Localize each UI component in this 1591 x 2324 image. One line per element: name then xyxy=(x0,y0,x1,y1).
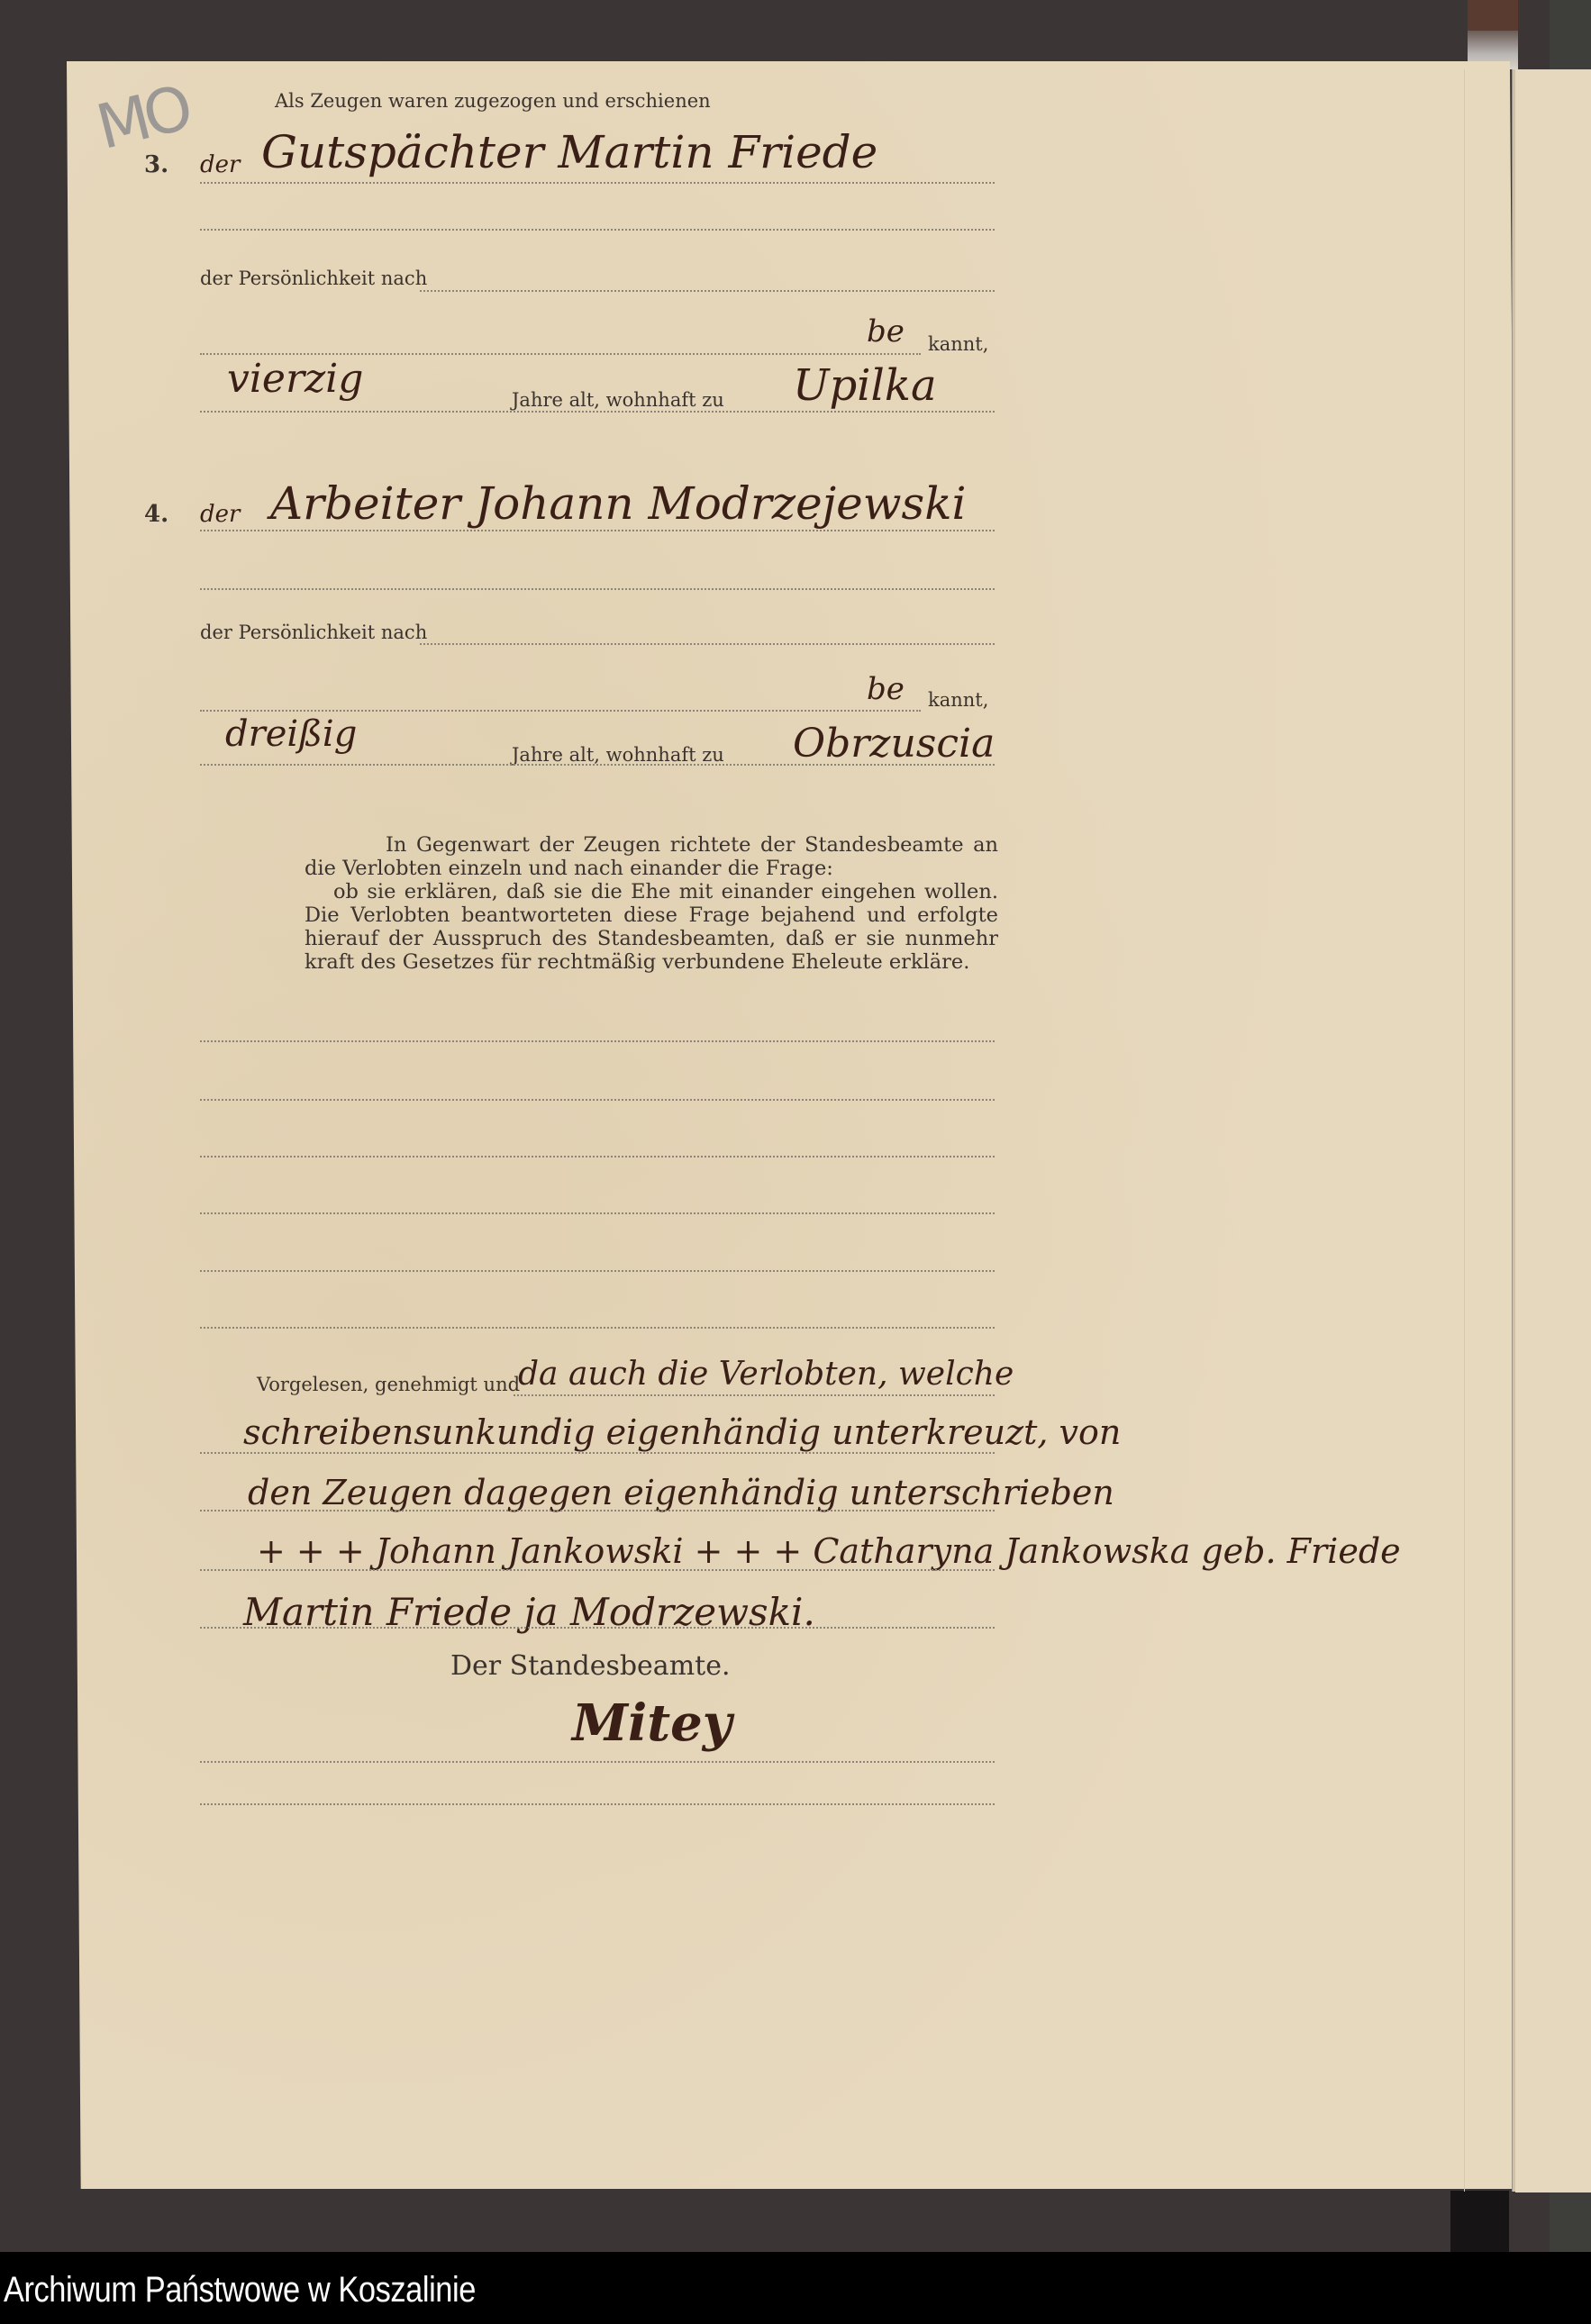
known-label: kannt, xyxy=(928,333,988,355)
binding-fold xyxy=(1512,69,1515,2192)
page-crease xyxy=(1464,69,1465,2192)
closing-label: Vorgelesen, genehmigt und xyxy=(257,1374,520,1395)
witness-name: Gutspächter Martin Friede xyxy=(261,126,877,178)
residence-handwritten: Obrzuscia xyxy=(793,721,995,767)
dotted-line xyxy=(200,353,921,355)
witness-number: 3. xyxy=(144,151,168,178)
age-handwritten: dreißig xyxy=(225,713,357,755)
dotted-line xyxy=(514,1394,995,1396)
declaration-line: kraft des Gesetzes für rechtmäßig verbun… xyxy=(305,950,998,974)
declaration-line: hierauf der Ausspruch des Standesbeamten… xyxy=(305,927,998,950)
dotted-line xyxy=(200,1627,995,1629)
declaration-line: ob sie erklären, daß sie die Ehe mit ein… xyxy=(305,880,998,903)
official-label: Der Standesbeamte. xyxy=(450,1650,731,1682)
next-page-edge xyxy=(1515,69,1591,2192)
dotted-line xyxy=(200,764,995,766)
dotted-line xyxy=(200,1761,995,1763)
dotted-line xyxy=(200,1212,995,1214)
witness-name: Arbeiter Johann Modrzejewski xyxy=(270,477,967,530)
witness-prefix: der xyxy=(200,151,240,178)
dotted-line xyxy=(200,1569,995,1571)
dotted-line xyxy=(200,1452,995,1454)
declaration-paragraph: In Gegenwart der Zeugen richtete der Sta… xyxy=(305,833,998,974)
declaration-line: Die Verlobten beantworteten diese Frage … xyxy=(305,903,998,927)
dotted-line xyxy=(200,588,995,590)
dotted-line xyxy=(200,182,995,184)
archive-name: Archiwum Państwowe w Koszalinie xyxy=(4,2270,476,2310)
age-handwritten: vierzig xyxy=(227,356,363,402)
residence-handwritten: Upilka xyxy=(793,360,937,411)
closing-handwritten-line: schreibensunkundig eigenhändig unterkreu… xyxy=(243,1412,1121,1452)
dotted-line xyxy=(200,1510,995,1512)
witness-prefix: der xyxy=(200,501,240,528)
known-handwritten: be xyxy=(867,313,905,350)
identity-label: der Persönlichkeit nach xyxy=(200,622,427,643)
dotted-line xyxy=(200,530,995,531)
known-handwritten: be xyxy=(867,671,905,707)
age-label: Jahre alt, wohnhaft zu xyxy=(512,744,724,766)
dotted-line xyxy=(200,1156,995,1157)
official-signature: Mitey xyxy=(572,1693,732,1753)
dotted-line xyxy=(420,290,995,292)
declaration-line: die Verlobten einzeln und nach einander … xyxy=(305,857,998,880)
known-label: kannt, xyxy=(928,689,988,711)
dotted-line xyxy=(420,643,995,645)
closing-handwritten-line: da auch die Verlobten, welche xyxy=(518,1356,1014,1393)
binding-spine-bottom xyxy=(1450,2191,1509,2252)
dotted-line xyxy=(200,229,995,231)
dotted-line xyxy=(200,411,995,413)
dotted-line xyxy=(200,710,921,712)
dotted-line xyxy=(200,1270,995,1272)
declaration-line: In Gegenwart der Zeugen richtete der Sta… xyxy=(305,833,998,857)
witness-number: 4. xyxy=(144,501,168,528)
witness-header: Als Zeugen waren zugezogen und erschiene… xyxy=(275,90,711,112)
age-label: Jahre alt, wohnhaft zu xyxy=(512,389,724,411)
signatures-line: + + + Johann Jankowski + + + Catharyna J… xyxy=(257,1531,1401,1571)
dotted-line xyxy=(200,1099,995,1101)
dotted-line xyxy=(200,1803,995,1805)
closing-handwritten-line: den Zeugen dagegen eigenhändig unterschr… xyxy=(248,1473,1114,1512)
identity-label: der Persönlichkeit nach xyxy=(200,268,427,289)
dotted-line xyxy=(200,1327,995,1329)
archive-footer-bar: Archiwum Państwowe w Koszalinie xyxy=(0,2252,1591,2324)
dotted-line xyxy=(200,1040,995,1042)
